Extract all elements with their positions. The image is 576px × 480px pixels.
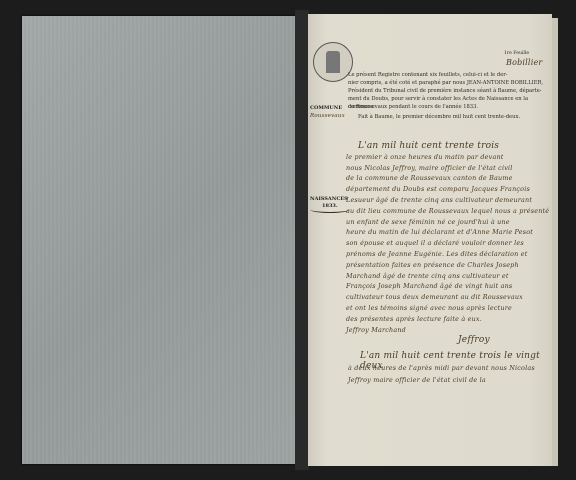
header-line-0: Le présent Registre contenant six feuill… <box>348 72 548 80</box>
signature-top: Bobillier <box>506 58 542 68</box>
act1-signature: Jeffroy <box>458 336 490 346</box>
cover-board <box>22 16 312 464</box>
act1-line: de la commune de Roussevaux canton de Ba… <box>346 174 551 184</box>
page-edge <box>552 18 558 466</box>
binding-gutter <box>295 10 309 470</box>
act1-line: un enfant de sexe féminin né ce jourd'hu… <box>346 218 551 228</box>
act1-line: Lesueur âgé de trente cinq ans cultivate… <box>346 196 551 206</box>
act1-line: Jeffroy Marchand <box>346 326 551 336</box>
act1-line: François Joseph Marchand âgé de vingt hu… <box>346 282 551 292</box>
header-line-5: Fait à Baume, le premier décembre mil hu… <box>358 114 548 122</box>
act1-line: département du Doubs est comparu Jacques… <box>346 185 551 195</box>
header-line-4: de Roussevaux pendant le cours de l'anné… <box>348 104 548 112</box>
act1-line: nous Nicolas Jeffroy, maire officier de … <box>346 164 551 174</box>
act1-line: le premier à onze heures du matin par de… <box>346 153 551 163</box>
act1-line: Marchand âgé de trente cinq ans cultivat… <box>346 272 551 282</box>
act1-line: des présentes après lecture faite à eux. <box>346 315 551 325</box>
commune-name: Roussevaux <box>310 112 345 122</box>
feuillet-note: 1re Feuille <box>504 50 529 58</box>
act1-line: prénoms de Jeanne Eugénie. Les dites déc… <box>346 250 551 260</box>
act2-line: Jeffroy maire officier de l'état civil d… <box>348 376 553 386</box>
act1-line: présentation faites en présence de Charl… <box>346 261 551 271</box>
act1-line: cultivateur tous deux demeurant au dit R… <box>346 293 551 303</box>
act2-line: à deux heures de l'après midi par devant… <box>348 364 553 374</box>
stamp-seal-icon <box>313 42 353 82</box>
act1-line: son épouse et auquel il a déclaré vouloi… <box>346 239 551 249</box>
register-page: 1re Feuille Bobillier Le présent Registr… <box>308 14 552 466</box>
header-line-1: nier compris, a été coté et paraphé par … <box>348 80 548 88</box>
year-flourish <box>310 206 350 213</box>
commune-label: COMMUNE <box>310 105 342 111</box>
act1-line: L'an mil huit cent trente trois <box>358 142 563 152</box>
naissances-label: NAISSANCES <box>310 196 348 202</box>
act1-line: au dit lieu commune de Roussevaux lequel… <box>346 207 551 217</box>
header-line-2: Président du Tribunal civil de première … <box>348 88 548 96</box>
act1-line: et ont les témoins signé avec nous après… <box>346 304 551 314</box>
act1-line: heure du matin de lui déclarant et d'Ann… <box>346 228 551 238</box>
